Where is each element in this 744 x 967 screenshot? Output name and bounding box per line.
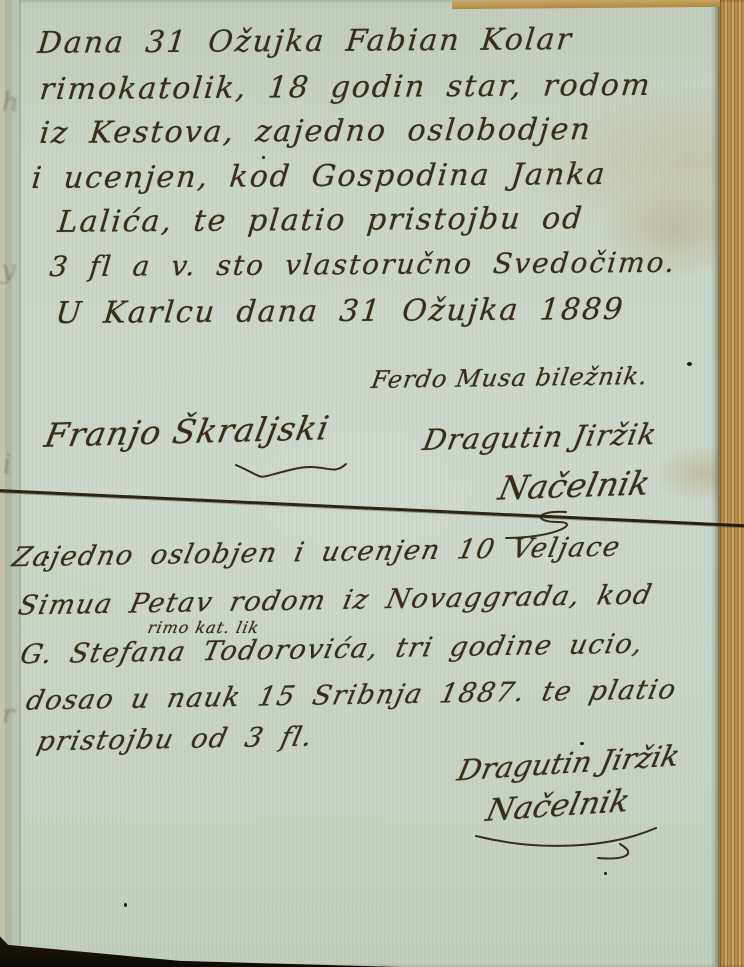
scanned-document: h y i r Dana 31 Ožujka Fabian Kolar rimo… [0, 0, 744, 967]
entry1-clerk-signature: Ferdo Musa biležnik. [369, 362, 650, 394]
ghost-ink-mark: y [1, 255, 16, 285]
entry1-signature-title: Načelnik [495, 463, 653, 507]
ghost-ink-mark: r [2, 700, 14, 730]
entry2-interlinear-note: rimo kat. lik [146, 618, 261, 637]
entry1-line-6: 3 fl a v. sto vlastoručno Svedočimo. [48, 246, 678, 283]
ink-speck [124, 903, 127, 907]
signature-flourish [470, 822, 670, 862]
entry1-signature-left: Franjo Škraljski [42, 408, 333, 454]
ghost-ink-mark: i [3, 450, 11, 480]
entry1-line-2: rimokatolik, 18 godin star, rodom [38, 68, 653, 107]
entry1-line-5: Lalića, te platio pristojbu od [56, 201, 585, 240]
ink-speck [687, 362, 692, 366]
ghost-ink-mark: h [2, 88, 19, 118]
ink-speck [580, 742, 584, 745]
entry1-line-3: iz Kestova, zajedno oslobodjen [38, 112, 593, 151]
page-edge-right [718, 0, 744, 967]
ink-speck [604, 872, 607, 875]
signature-flourish [232, 455, 352, 483]
entry1-line-1: Dana 31 Ožujka Fabian Kolar [36, 22, 575, 61]
entry1-signature-right: Dragutin Jiržik [420, 417, 660, 457]
entry1-line-7: U Karlcu dana 31 Ožujka 1889 [54, 292, 626, 331]
entry1-line-4: i ucenjen, kod Gospodina Janka [30, 157, 608, 196]
ink-speck [46, 556, 49, 559]
page-gutter [0, 0, 24, 967]
ink-speck [262, 156, 265, 159]
entry2-line-5: pristojbu od 3 fl. [34, 722, 316, 758]
